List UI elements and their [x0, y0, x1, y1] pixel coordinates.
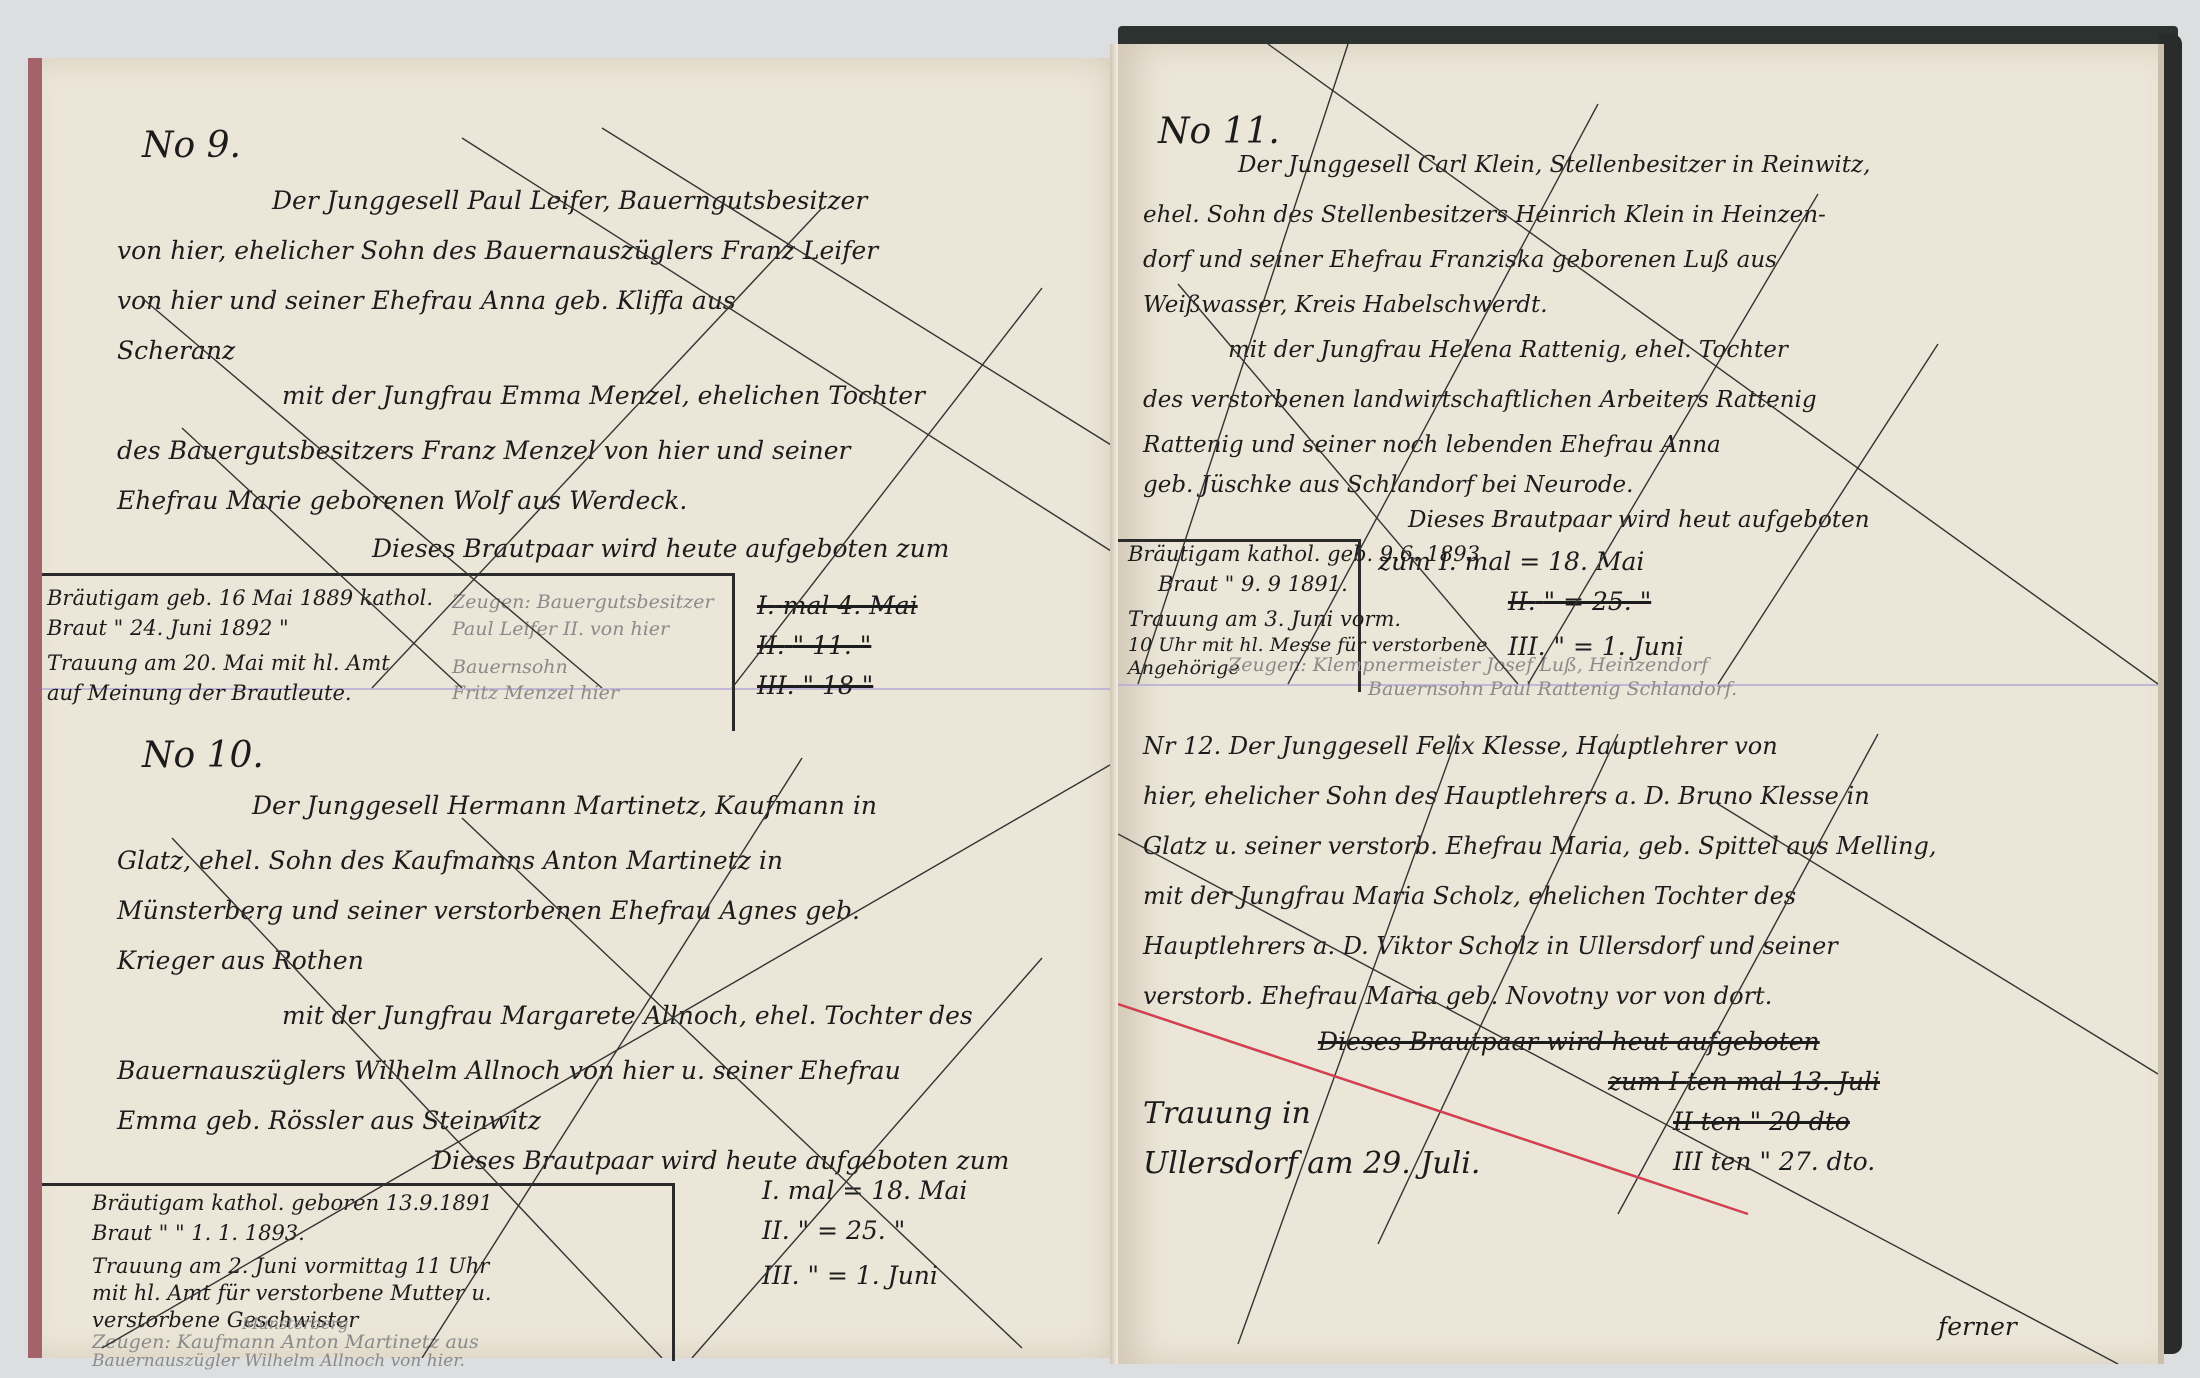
- left-page: No 9. Der Junggesell Paul Leifer, Bauern…: [28, 58, 1132, 1358]
- cross-out-lines: [1118, 44, 2158, 1364]
- right-page: No 11. Der Junggesell Carl Klein, Stelle…: [1118, 44, 2164, 1364]
- open-book: No 9. Der Junggesell Paul Leifer, Bauern…: [18, 14, 2178, 1364]
- cross-out-lines: [42, 58, 1132, 1358]
